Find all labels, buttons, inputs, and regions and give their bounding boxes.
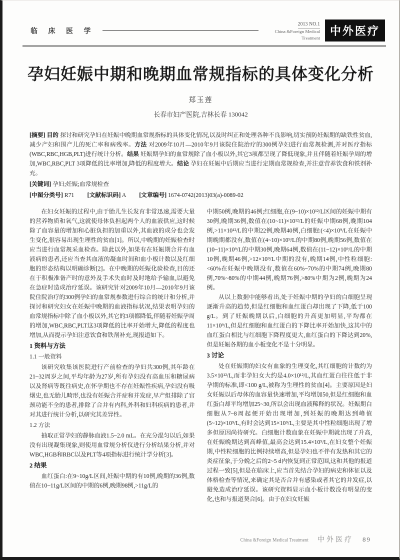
left-column: 在妇女妊娠的过程中,由于胎儿生长发育非常迅速,需要大量的营养物质和氧气,这就使母…	[30, 207, 195, 554]
results-paragraph-continued: 中期50例,晚期的46例;红细胞,在(9~10)×10¹²/L区间的妊娠中期有3…	[207, 207, 372, 293]
section-heading-methods: 1 资料与方法	[30, 342, 195, 352]
header-divider-line	[102, 30, 258, 31]
issue-number: 2013 NO.1	[298, 21, 320, 29]
keywords-line: [关键词] 孕妇;妊娠;血常规检查	[30, 180, 373, 190]
author-affiliation: 长春市妇产医院,吉林长春 130042	[3, 109, 400, 119]
section-heading-results: 2 结果	[30, 461, 195, 471]
page-title: 孕妇妊娠中期和晚期血常规指标的具体变化分析	[23, 62, 380, 85]
discussion-paragraph: 处在妊娠期的妇女有血象的生理变化,其红细胞的计数约为3.5×10¹²/L,而非孕…	[207, 362, 372, 505]
intro-paragraph: 在妇女妊娠的过程中,由于胎儿生长发育非常迅速,需要大量的营养物质和氧气,这就使母…	[30, 207, 195, 340]
subsection-general-data: 1.1 一般资料	[30, 352, 195, 362]
results-paragraph: 血红蛋白:在9~10g/L区间,妊娠中期的有10例,晚期的36例,数值在10~1…	[30, 472, 195, 491]
footer-page-number: 89	[363, 536, 372, 544]
abstract: [摘要] 目的 探讨和研究孕妇在妊娠中晚期血常规指标的具体变化情况,以及时纠正和…	[30, 131, 373, 179]
clc-value: R71	[64, 192, 74, 199]
abstract-method-label: 方法	[135, 141, 147, 148]
section-heading-discussion: 3 讨论	[207, 351, 372, 361]
abstract-objective-label: 目的	[47, 132, 59, 139]
header-rule	[23, 46, 387, 47]
journal-page: 临 床 医 学 2013 NO.1 China &Foreign Medical…	[0, 0, 400, 560]
general-data-paragraph: 该研究收集该医院进行产前检查的孕妇共300例,其年龄在21~32周岁之间,平均年…	[30, 363, 195, 420]
method-paragraph: 抽取正常孕妇的静脉血液1.5~2.0 mL。在充分混匀以后,如果没有出现凝集现象…	[30, 431, 195, 460]
footer-journal-chinese: 中外医疗	[318, 534, 354, 544]
keywords-text: 孕妇;妊娠;血常规检查	[53, 181, 109, 188]
page-footer: China &Foreign Medical Treatment 中外医疗 89	[240, 534, 371, 544]
doc-code-label: [文献标识码]	[87, 192, 120, 199]
issue-info: 2013 NO.1 China &Foreign Medical Treatme…	[259, 20, 320, 42]
subsection-method: 1.2 方法	[30, 421, 195, 431]
article-id-label: [文章编号]	[139, 192, 167, 199]
page-header: 临 床 医 学 2013 NO.1 China &Foreign Medical…	[31, 20, 386, 42]
body-columns: 在妇女妊娠的过程中,由于胎儿生长发育非常迅速,需要大量的营养物质和氧气,这就使母…	[30, 207, 373, 554]
doc-code-value: A	[122, 192, 126, 199]
scan-scale-wrapper: 临 床 医 学 2013 NO.1 China &Foreign Medical…	[0, 0, 400, 560]
article-id-value: 1674-0742(2013)03(a)-0089-02	[168, 192, 243, 199]
abstract-label: [摘要]	[30, 132, 46, 139]
column-section-label: 临 床 医 学	[31, 26, 96, 36]
author-name: 郑玉莲	[3, 95, 400, 105]
abstract-conclusion-label: 结论	[177, 160, 189, 167]
journal-badge: 中外医疗	[325, 20, 385, 42]
footer-journal-english: China &Foreign Medical Treatment	[240, 538, 308, 543]
journal-name-english: China &Foreign Medical Treatment	[259, 28, 320, 41]
right-column: 中期50例,晚期的46例;红细胞,在(9~10)×10¹²/L区间的妊娠中期有3…	[207, 207, 372, 554]
keywords-label: [关键词]	[30, 181, 52, 188]
results-analysis-paragraph: 从以上数据中能够看出,处于妊娠中期的孕妇的白细胞呈现逐渐升高的趋势,但是红细胞和…	[207, 293, 372, 350]
abstract-result-label: 结果	[127, 151, 139, 158]
clc-label: [中图分类号]	[30, 192, 63, 199]
classification-line: [中图分类号] R71[文献标识码] A[文章编号] 1674-0742(201…	[30, 191, 373, 201]
